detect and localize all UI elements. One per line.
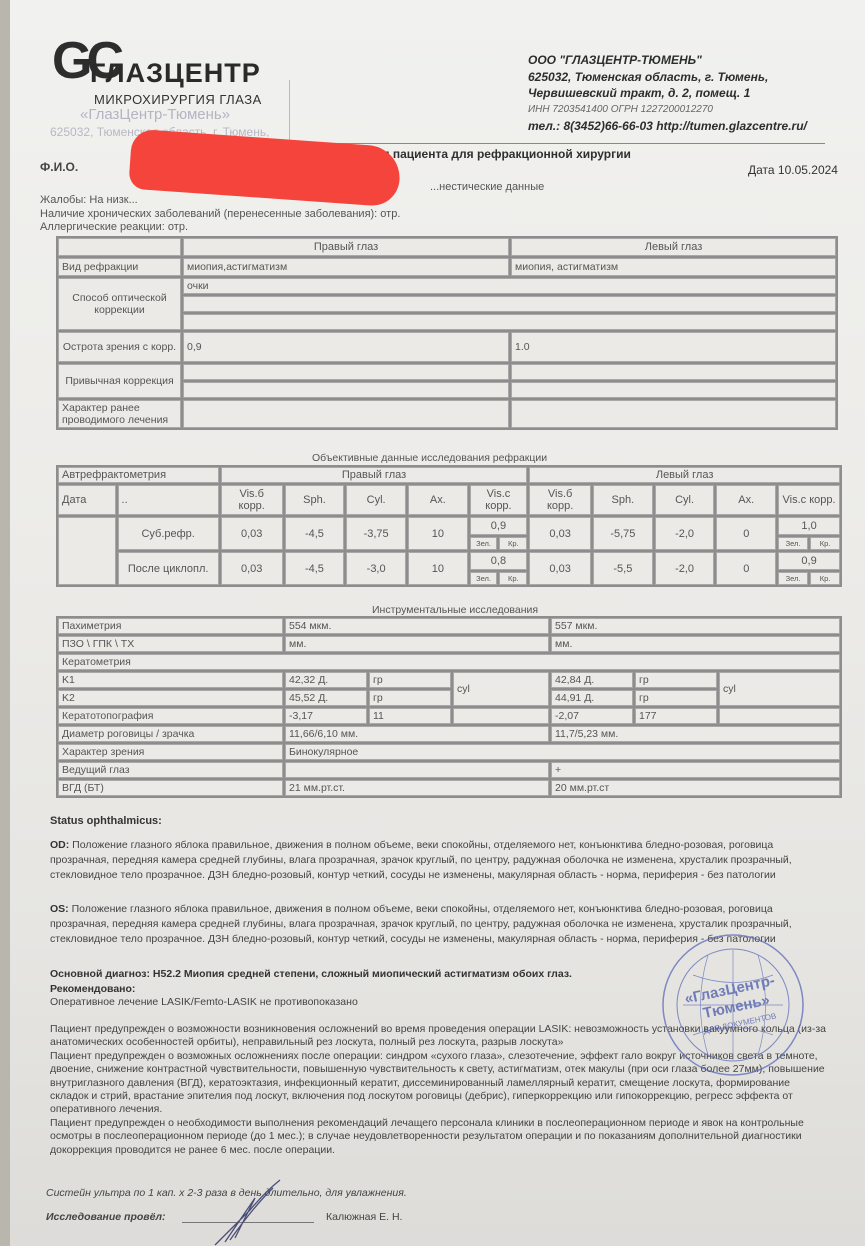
right-sph: -4,5 (285, 517, 345, 550)
left-value: + (551, 762, 840, 778)
right-cyl: -3,0 (346, 552, 406, 585)
left-k1-unit: гр (635, 672, 717, 688)
red-test: Кр. (499, 537, 527, 550)
col-sph: Sph. (285, 485, 345, 515)
green-test: Зел. (778, 572, 808, 585)
vision-type-value: Бинокулярное (285, 744, 840, 760)
allergies: Аллергические реакции: отр. (40, 221, 188, 233)
company-contacts: тел.: 8(3452)66-66-03 http://tumen.glazc… (528, 118, 807, 135)
row-label: Диаметр роговицы / зрачка (58, 726, 283, 742)
refraction-table: Правый глаз Левый глаз Вид рефракции мио… (56, 236, 838, 430)
left-topo: -2,07 (551, 708, 633, 724)
objective-table: Автрефрактометрия Правый глаз Левый глаз… (56, 465, 842, 587)
right-value (183, 364, 509, 380)
green-test: Зел. (470, 572, 498, 585)
date-label: Дата (58, 485, 116, 515)
right-ax: 10 (408, 517, 468, 550)
right-topo-axis: 11 (369, 708, 451, 724)
left-vis-b: 0,03 (529, 517, 591, 550)
right-k1-unit: гр (369, 672, 451, 688)
left-value: мм. (551, 636, 840, 652)
left-cyl: -2,0 (655, 552, 715, 585)
header-empty (58, 238, 181, 256)
col-vis-b: Vis.б корр. (529, 485, 591, 515)
left-topo-axis: 177 (635, 708, 717, 724)
signer-name: Калюжная Е. Н. (326, 1211, 402, 1223)
col-ax: Ax. (716, 485, 776, 515)
left-vis-c-value: 0,9 (778, 552, 840, 570)
left-value: 1.0 (511, 332, 836, 362)
redaction-mark (128, 129, 402, 208)
col-sph: Sph. (593, 485, 653, 515)
row-label: Ведущий глаз (58, 762, 283, 778)
table-row: После циклопл. 0,03 -4,5 -3,0 10 0,8 Зел… (58, 552, 840, 585)
left-value: 11,7/5,23 мм. (551, 726, 840, 742)
status-heading: Status ophthalmicus: (50, 815, 162, 827)
right-sph: -4,5 (285, 552, 345, 585)
right-k2: 45,52 Д. (285, 690, 367, 706)
status-od: OD: Положение глазного яблока правильное… (50, 838, 810, 883)
autorefractometry-label: Автрефрактометрия (58, 467, 219, 483)
row-label: Пахиметрия (58, 618, 283, 634)
left-sph: -5,5 (593, 552, 653, 585)
left-cyl: cyl (719, 672, 840, 706)
left-vis-c: 0,9 Зел.Кр. (778, 552, 840, 585)
anamnesis-label: ...нестические данные (430, 181, 544, 193)
col-ax: Ax. (408, 485, 468, 515)
keratometry-label: Кератометрия (58, 654, 840, 670)
row-label: После циклопл. (118, 552, 219, 585)
company-address-1: 625032, Тюменская область, г. Тюмень, (528, 69, 807, 86)
correction-value (183, 296, 836, 312)
date-cell (58, 517, 116, 585)
right-eye-header: Правый глаз (221, 467, 527, 483)
left-vis-c: 1,0 Зел.Кр. (778, 517, 840, 550)
left-value: миопия, астигматизм (511, 258, 836, 276)
od-label: OD: (50, 839, 69, 851)
left-ax: 0 (716, 552, 776, 585)
right-vis-b: 0,03 (221, 517, 283, 550)
green-test: Зел. (470, 537, 498, 550)
correction-value: очки (183, 278, 836, 294)
right-value: 554 мкм. (285, 618, 549, 634)
right-value: миопия,астигматизм (183, 258, 509, 276)
right-topo: -3,17 (285, 708, 367, 724)
left-vis-b: 0,03 (529, 552, 591, 585)
row-label: Характер зрения (58, 744, 283, 760)
red-test: Кр. (810, 537, 840, 550)
date-sub: .. (118, 485, 219, 515)
right-topo-empty (453, 708, 549, 724)
left-value (511, 400, 836, 428)
row-label: Характер ранее проводимого лечения (58, 400, 181, 428)
left-sph: -5,75 (593, 517, 653, 550)
row-label: K1 (58, 672, 283, 688)
right-value (285, 762, 549, 778)
left-k1: 42,84 Д. (551, 672, 633, 688)
logo-title: ГЛАЗЦЕНТР (90, 58, 261, 89)
company-info: ООО "ГЛАЗЦЕНТР-ТЮМЕНЬ" 625032, Тюменская… (528, 52, 807, 135)
company-address-2: Червишевский тракт, д. 2, помещ. 1 (528, 85, 807, 102)
right-k2-unit: гр (369, 690, 451, 706)
document-date: Дата 10.05.2024 (748, 163, 838, 177)
company-ids: ИНН 7203541400 ОГРН 1227200012270 (528, 102, 807, 119)
left-value (511, 364, 836, 380)
row-label: Острота зрения с корр. (58, 332, 181, 362)
recommendation: Оперативное лечение LASIK/Femto-LASIK не… (50, 996, 358, 1008)
right-ax: 10 (408, 552, 468, 585)
row-label: Вид рефракции (58, 258, 181, 276)
col-vis-c: Vis.c корр. (778, 485, 840, 515)
main-diagnosis: Основной диагноз: H52.2 Миопия средней с… (50, 968, 572, 980)
instrumental-section-title: Инструментальные исследования (372, 604, 538, 616)
company-name: ООО "ГЛАЗЦЕНТР-ТЮМЕНЬ" (528, 52, 807, 69)
od-text: Положение глазного яблока правильное, дв… (50, 839, 792, 881)
row-label: Суб.рефр. (118, 517, 219, 550)
left-cyl: -2,0 (655, 517, 715, 550)
red-test: Кр. (810, 572, 840, 585)
green-test: Зел. (778, 537, 808, 550)
right-value: мм. (285, 636, 549, 652)
col-cyl: Cyl. (346, 485, 406, 515)
instrumental-table: Пахиметрия 554 мкм. 557 мкм. ПЗО \ ГПК \… (56, 616, 842, 798)
right-vis-c: 0,9 Зел.Кр. (470, 517, 528, 550)
col-vis-b: Vis.б корр. (221, 485, 283, 515)
logo-subtitle: МИКРОХИРУРГИЯ ГЛАЗА (94, 92, 262, 107)
document-page: GC «ГлазЦентр-Тюмень» 625032, Тюменская … (10, 0, 865, 1246)
right-cyl: -3,75 (346, 517, 406, 550)
row-label: Способ оптической коррекции (58, 278, 181, 330)
right-value (183, 400, 509, 428)
left-topo-empty (719, 708, 840, 724)
col-vis-c: Vis.c корр. (470, 485, 528, 515)
correction-value (183, 314, 836, 330)
right-vis-b: 0,03 (221, 552, 283, 585)
header-left-eye: Левый глаз (511, 238, 836, 256)
left-value (511, 382, 836, 398)
left-k2: 44,91 Д. (551, 690, 633, 706)
left-value: 557 мкм. (551, 618, 840, 634)
right-vis-c-value: 0,8 (470, 552, 528, 570)
red-test: Кр. (499, 572, 527, 585)
recommended-label: Рекомендовано: (50, 983, 135, 995)
col-cyl: Cyl. (655, 485, 715, 515)
complaints: Жалобы: На низк... (40, 194, 138, 206)
patient-name-label: Ф.И.О. (40, 160, 78, 174)
right-value: 11,66/6,10 мм. (285, 726, 549, 742)
right-value: 21 мм.рт.ст. (285, 780, 549, 796)
right-value: 0,9 (183, 332, 509, 362)
row-label: ВГД (БТ) (58, 780, 283, 796)
right-vis-c-value: 0,9 (470, 517, 528, 535)
row-label: K2 (58, 690, 283, 706)
row-label: Привычная коррекция (58, 364, 181, 398)
right-cyl: cyl (453, 672, 549, 706)
chronic-diseases: Наличие хронических заболеваний (перенес… (40, 208, 400, 220)
left-eye-header: Левый глаз (529, 467, 840, 483)
right-k1: 42,32 Д. (285, 672, 367, 688)
faint-stamp-name: «ГлазЦентр-Тюмень» (80, 106, 230, 123)
left-k2-unit: гр (635, 690, 717, 706)
row-label: ПЗО \ ГПК \ ТХ (58, 636, 283, 652)
objective-section-title: Объективные данные исследования рефракци… (312, 452, 547, 464)
clinic-stamp: «ГлазЦентр- Тюмень» ДЛЯ ДОКУМЕНТОВ (658, 930, 808, 1080)
left-value: 20 мм.рт.ст (551, 780, 840, 796)
row-label: Кератотопография (58, 708, 283, 724)
right-value (183, 382, 509, 398)
left-vis-c-value: 1,0 (778, 517, 840, 535)
warning-followup: Пациент предупрежден о необходимости вып… (50, 1117, 830, 1157)
signed-label: Исследование провёл: (46, 1211, 166, 1223)
right-vis-c: 0,8 Зел.Кр. (470, 552, 528, 585)
left-ax: 0 (716, 517, 776, 550)
header-right-eye: Правый глаз (183, 238, 509, 256)
os-label: OS: (50, 903, 69, 915)
table-row: Суб.рефр. 0,03 -4,5 -3,75 10 0,9 Зел.Кр.… (58, 517, 840, 550)
signature-scribble (185, 1170, 295, 1246)
